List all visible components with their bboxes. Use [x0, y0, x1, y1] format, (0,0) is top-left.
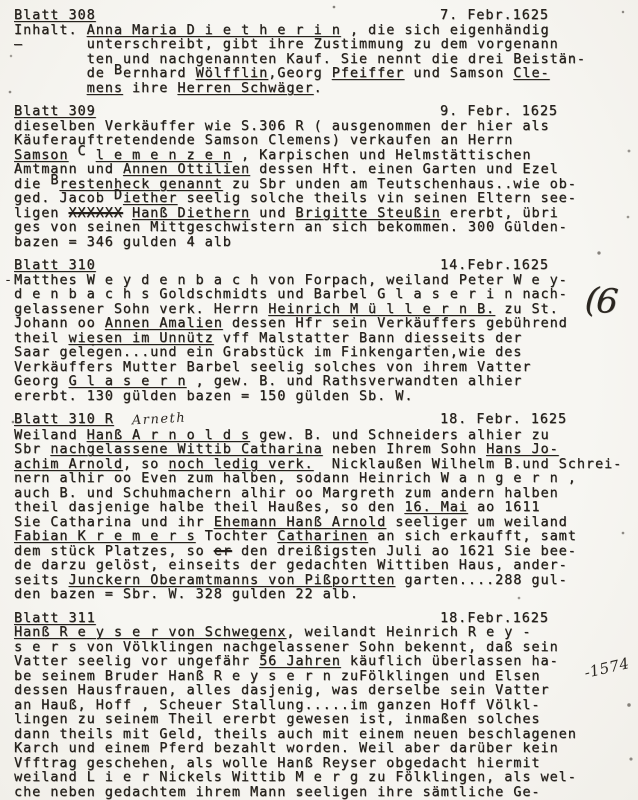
text-line: Amtmann und Annen Ottilien dessen Hft. e…	[14, 162, 638, 177]
text-line: ged. Jacob Diether seelig solche theils …	[14, 191, 638, 206]
entry-header: Blatt 31118.Febr.1625	[14, 611, 638, 626]
underlined-text: Cle-	[513, 65, 549, 81]
text-line: Weiland Hanß A r n o l d s gew. B. und S…	[14, 428, 638, 443]
text-line: Georg G l a s e r n , gew. B. und Rathsv…	[14, 374, 638, 389]
text-segment	[14, 80, 87, 96]
text-segment: ererbt. 130 gülden bazen = 150 gülden Sb…	[14, 388, 413, 404]
text-line: s e r s von Völklingen nachgelassener So…	[14, 640, 638, 655]
text-line: seits Junckern Oberamtmanns von Pißportt…	[14, 573, 638, 588]
text-line: Karch und einem Pferd bezahlt worden. We…	[14, 741, 638, 756]
text-line: theil dasjenige halbe theil Haußes, so d…	[14, 500, 638, 515]
text-line: achim Arnold, so noch ledig verk. Nickla…	[14, 457, 638, 472]
text-line: – unterschreibt, gibt ihre Zustimmung zu…	[14, 37, 638, 52]
text-segment: ihre	[123, 80, 177, 96]
entry-number: Blatt 309	[14, 103, 96, 119]
text-segment: che neben gedachtem ihrem Mann seeligen …	[14, 784, 541, 800]
entry-blatt-311: Blatt 31118.Febr.1625Hanß R e y s e r vo…	[14, 611, 638, 800]
text-line: an Hauß, Hoff , Scheuer Stallung.....im …	[14, 698, 638, 713]
text-line: Vatter seelig vor ungefähr 56 Jahren käu…	[14, 654, 638, 669]
text-line: weiland L i e r Nickels Wittib M e r g z…	[14, 770, 638, 785]
text-line: Inhalt. Anna Maria D i e t h e r i n , d…	[14, 23, 638, 38]
entry-blatt-310: Blatt 31014.Febr.1625Matthes W e y d e n…	[14, 258, 638, 403]
text-line: Matthes W e y d e n b a c h von Forpach,…	[14, 273, 638, 288]
entry-date: 9. Febr. 1625	[440, 104, 558, 119]
entry-header: Blatt 310 RArneth18. Febr. 1625	[14, 412, 638, 428]
text-segment: garten....288 gul-	[395, 572, 567, 588]
text-line: ligen XXXXXX Hanß Diethern und Brigitte …	[14, 206, 638, 221]
raised-letter: B	[50, 172, 59, 188]
text-line: Samson C l e m e n z e n , Karpischen un…	[14, 148, 638, 163]
underlined-text: Pfeiffer	[332, 65, 405, 81]
text-segment: und Samson	[404, 65, 513, 81]
underlined-text: Herren Schwäger	[177, 80, 313, 96]
text-line: dann theils mit Geld, theils auch mit ei…	[14, 727, 638, 742]
raised-letter: C	[78, 143, 87, 159]
text-line: die Brestenheck genannt zu Sbr unden am …	[14, 177, 638, 192]
underlined-text: mens	[87, 80, 123, 96]
text-line: dessen Hausfrauen, alles dasjenig, was d…	[14, 683, 638, 698]
entry-header: Blatt 3087. Febr.1625	[14, 8, 638, 23]
raised-letter: D	[114, 187, 123, 203]
text-line: theil wiesen im Unnütz vff Malstatter Ba…	[14, 331, 638, 346]
entry-date: 18. Febr. 1625	[440, 412, 567, 427]
entry-number: Blatt 311	[14, 610, 96, 626]
text-line: Käuferauftretendende Samson Clemens) ver…	[14, 133, 638, 148]
text-segment: den bazen = Sbr. W. 328 gulden 22 alb.	[14, 586, 359, 602]
text-line: Hanß R e y s e r von Schwegenx, weilandt…	[14, 625, 638, 640]
text-line: den bazen = Sbr. W. 328 gulden 22 alb.	[14, 587, 638, 602]
scan-noise-specks	[0, 0, 2, 2]
entry-date: 7. Febr.1625	[440, 8, 549, 23]
text-line: Johann oo Annen Amalien dessen Hfr sein …	[14, 316, 638, 331]
text-line: auch B. und Schuhmachern alhir oo Margre…	[14, 486, 638, 501]
text-line: Vfftrag geschehen, als wolle Hanß Reyser…	[14, 756, 638, 771]
text-line: Sbr nachgelassene Wittib Catharina neben…	[14, 442, 638, 457]
text-line: Verkäuffers Mutter Barbel seelig solches…	[14, 360, 638, 375]
text-line: de Bernhard Wölfflin,Georg Pfeiffer und …	[14, 66, 638, 81]
text-line: dieselben Verkäuffer wie S.306 R ( ausge…	[14, 119, 638, 134]
entry-header: Blatt 31014.Febr.1625	[14, 258, 638, 273]
entry-date: 14.Febr.1625	[440, 258, 549, 273]
entry-blatt-309: Blatt 3099. Febr. 1625dieselben Verkäuff…	[14, 104, 638, 249]
text-line: ges von seinen Mittgeschwistern an sich …	[14, 220, 638, 235]
text-line: ten und nachgenannten Kauf. Sie nennt di…	[14, 52, 638, 67]
text-line: d e n b a c h s Goldschmidts und Barbel …	[14, 287, 638, 302]
text-segment: bazen = 346 gulden 4 alb	[14, 234, 232, 250]
margin-dash-mark: -	[4, 272, 12, 288]
text-line: dem stück Platzes, so er den dreißigsten…	[14, 544, 638, 559]
text-segment: .	[314, 80, 323, 96]
entry-number: Blatt 308	[14, 7, 96, 23]
entry-header: Blatt 3099. Febr. 1625	[14, 104, 638, 119]
entry-blatt-310-r: Blatt 310 RArneth18. Febr. 1625Weiland H…	[14, 412, 638, 602]
text-line: de darzu gelöst, einseits der gedachten …	[14, 558, 638, 573]
entry-blatt-308: Blatt 3087. Febr.1625Inhalt. Anna Maria …	[14, 8, 638, 95]
entry-date: 18.Febr.1625	[440, 611, 549, 626]
raised-letter: B	[114, 62, 123, 78]
text-line: gelassener Sohn verk. Herrn Heinrich M ü…	[14, 302, 638, 317]
entry-number: Blatt 310	[14, 257, 96, 273]
entries: Blatt 3087. Febr.1625Inhalt. Anna Maria …	[14, 8, 638, 799]
text-line: ererbt. 130 gülden bazen = 150 gülden Sb…	[14, 389, 638, 404]
text-line: be seinem Bruder Hanß R e y s e r n zuFö…	[14, 669, 638, 684]
text-line: Sie Catharina und ihr Ehemann Hanß Arnol…	[14, 515, 638, 530]
text-line: bazen = 346 gulden 4 alb	[14, 235, 638, 250]
entry-number: Blatt 310 R	[14, 411, 114, 427]
scanned-document-page: Blatt 3087. Febr.1625Inhalt. Anna Maria …	[0, 0, 638, 800]
text-line: Saar gelegen...und ein Grabstück im Fink…	[14, 345, 638, 360]
circled-margin-annotation: (6	[583, 280, 617, 323]
text-line: nern alhir oo Even zum halben, sodann He…	[14, 471, 638, 486]
handwritten-annotation: Arneth	[132, 412, 187, 429]
text-line: che neben gedachtem ihrem Mann seeligen …	[14, 785, 638, 800]
text-line: lingen zu seinem Theil ererbt gewesen is…	[14, 712, 638, 727]
text-line: mens ihre Herren Schwäger.	[14, 81, 638, 96]
text-line: Fabian K r e m e r s Tochter Catharinen …	[14, 529, 638, 544]
